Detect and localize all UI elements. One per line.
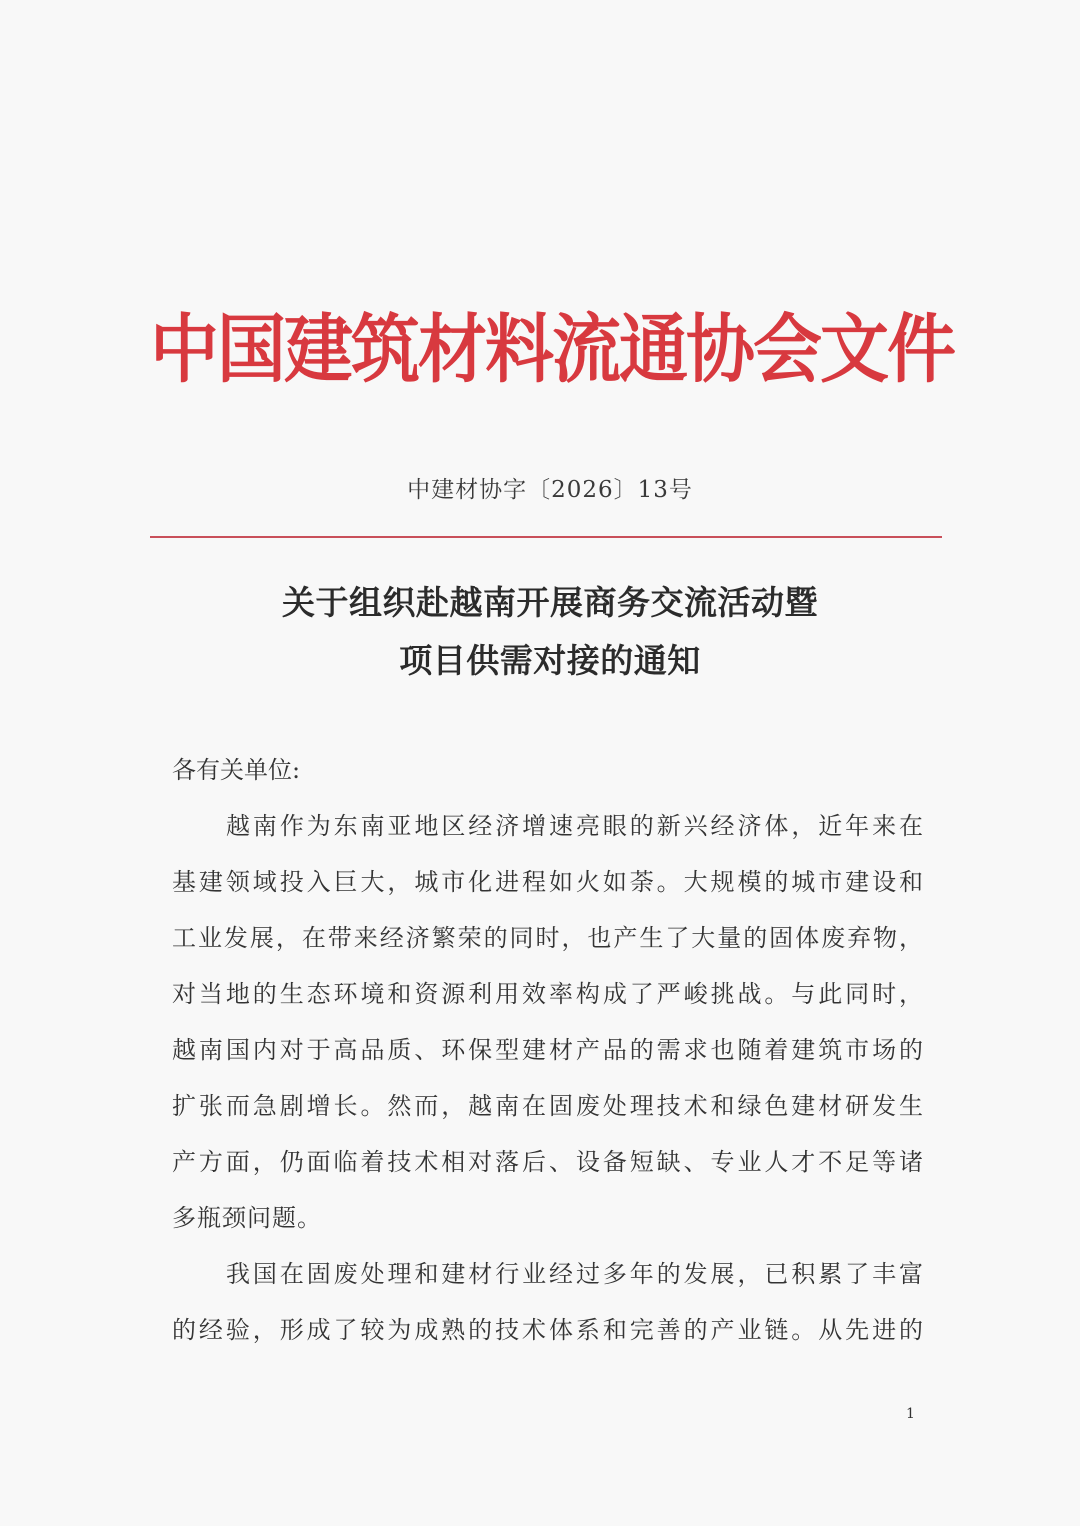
document-number: 中建材协字〔2026〕13号	[150, 474, 950, 506]
paragraph-line: 我国在固废处理和建材行业经过多年的发展，已积累了丰富	[172, 1246, 924, 1302]
paragraph-line: 越南作为东南亚地区经济增速亮眼的新兴经济体，近年来在	[172, 798, 924, 854]
paragraph-line: 的经验，形成了较为成熟的技术体系和完善的产业链。从先进的	[172, 1302, 924, 1358]
document-page: 中国建筑材料流通协会文件 中建材协字〔2026〕13号 关于组织赴越南开展商务交…	[0, 0, 1080, 1526]
body-paragraph-1: 越南作为东南亚地区经济增速亮眼的新兴经济体，近年来在 基建领域投入巨大，城市化进…	[172, 798, 924, 1246]
paragraph-line: 扩张而急剧增长。然而，越南在固废处理技术和绿色建材研发生	[172, 1078, 924, 1134]
salutation: 各有关单位:	[172, 750, 300, 790]
notice-title: 关于组织赴越南开展商务交流活动暨 项目供需对接的通知	[140, 574, 960, 690]
organization-header-title: 中国建筑材料流通协会文件	[150, 296, 940, 404]
body-paragraph-2: 我国在固废处理和建材行业经过多年的发展，已积累了丰富 的经验，形成了较为成熟的技…	[172, 1246, 924, 1358]
paragraph-line: 多瓶颈问题。	[172, 1190, 924, 1246]
paragraph-line: 对当地的生态环境和资源利用效率构成了严峻挑战。与此同时，	[172, 966, 924, 1022]
paragraph-line: 基建领域投入巨大，城市化进程如火如荼。大规模的城市建设和	[172, 854, 924, 910]
red-divider-line	[150, 536, 942, 538]
notice-title-line-2: 项目供需对接的通知	[140, 632, 960, 690]
notice-title-line-1: 关于组织赴越南开展商务交流活动暨	[140, 574, 960, 632]
paragraph-line: 产方面，仍面临着技术相对落后、设备短缺、专业人才不足等诸	[172, 1134, 924, 1190]
paragraph-line: 越南国内对于高品质、环保型建材产品的需求也随着建筑市场的	[172, 1022, 924, 1078]
paragraph-line: 工业发展，在带来经济繁荣的同时，也产生了大量的固体废弃物，	[172, 910, 924, 966]
page-number: 1	[906, 1406, 915, 1422]
